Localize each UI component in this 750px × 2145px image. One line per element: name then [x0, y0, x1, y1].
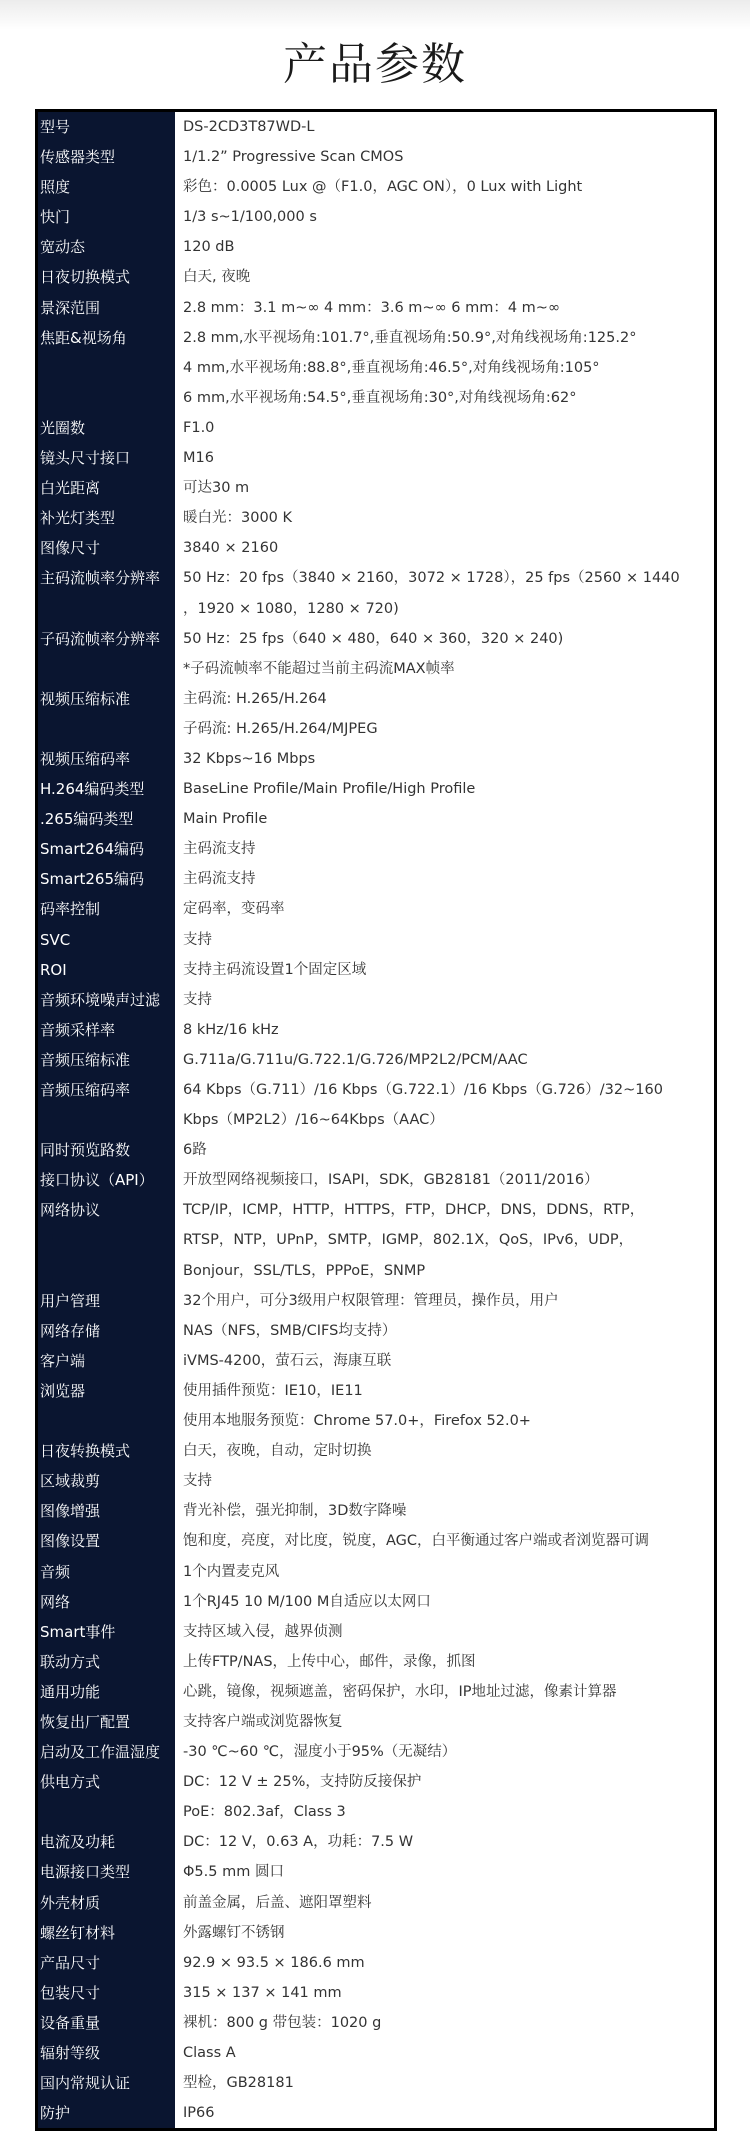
spec-row: 音频压缩标准G.711a/G.711u/G.722.1/G.726/MP2L2/…: [38, 1045, 714, 1075]
spec-row: 恢复出厂配置支持客户端或浏览器恢复: [38, 1707, 714, 1737]
spec-label: 补光灯类型: [38, 503, 175, 533]
spec-label: 视频压缩码率: [38, 744, 175, 774]
spec-values: 型检，GB28181: [175, 2068, 714, 2098]
spec-label: 主码流帧率分辨率: [38, 563, 175, 623]
spec-values: 饱和度，亮度，对比度，锐度，AGC，白平衡通过客户端或者浏览器可调: [175, 1526, 714, 1556]
spec-label: 启动及工作温湿度: [38, 1737, 175, 1767]
spec-value-line: BaseLine Profile/Main Profile/High Profi…: [183, 774, 714, 804]
spec-values: NAS（NFS，SMB/CIFS均支持）: [175, 1316, 714, 1346]
spec-row: 音频压缩码率64 Kbps（G.711）/16 Kbps（G.722.1）/16…: [38, 1075, 714, 1135]
spec-values: 92.9 × 93.5 × 186.6 mm: [175, 1948, 714, 1978]
spec-value-line: 心跳，镜像，视频遮盖，密码保护，水印，IP地址过滤，像素计算器: [183, 1677, 714, 1707]
spec-value-line: Bonjour，SSL/TLS，PPPoE，SNMP: [183, 1256, 714, 1286]
spec-values: 可达30 m: [175, 473, 714, 503]
spec-values: 定码率，变码率: [175, 894, 714, 924]
spec-label-text: 焦距&视场角: [40, 323, 175, 353]
spec-values: 背光补偿，强光抑制，3D数字降噪: [175, 1496, 714, 1526]
spec-label-text: 浏览器: [40, 1376, 175, 1406]
spec-row: 同时预览路数6路: [38, 1135, 714, 1165]
spec-label-text: 包装尺寸: [40, 1978, 175, 2008]
spec-value-line: 白天, 夜晚: [183, 262, 714, 292]
spec-value-line: 6路: [183, 1135, 714, 1165]
spec-row: Smart事件支持区域入侵，越界侦测: [38, 1617, 714, 1647]
spec-label-text: 宽动态: [40, 232, 175, 262]
spec-value-line: M16: [183, 443, 714, 473]
spec-values: 50 Hz：25 fps（640 × 480，640 × 360，320 × 2…: [175, 624, 714, 684]
spec-row: 电流及功耗DC：12 V，0.63 A，功耗：7.5 W: [38, 1827, 714, 1857]
spec-values: 3840 × 2160: [175, 533, 714, 563]
spec-label-text: 网络存储: [40, 1316, 175, 1346]
spec-values: 8 kHz/16 kHz: [175, 1015, 714, 1045]
spec-value-line: 主码流支持: [183, 864, 714, 894]
spec-value-line: TCP/IP，ICMP，HTTP，HTTPS，FTP，DHCP，DNS，DDNS…: [183, 1195, 714, 1225]
spec-label-text: .265编码类型: [40, 804, 175, 834]
spec-row: .265编码类型Main Profile: [38, 804, 714, 834]
spec-value-line: 2.8 mm,水平视场角:101.7°,垂直视场角:50.9°,对角线视场角:1…: [183, 323, 714, 353]
spec-row: 型号DS-2CD3T87WD-L: [38, 112, 714, 142]
spec-label: 图像尺寸: [38, 533, 175, 563]
spec-label: 快门: [38, 202, 175, 232]
spec-label-text: 图像增强: [40, 1496, 175, 1526]
spec-row: 音频采样率8 kHz/16 kHz: [38, 1015, 714, 1045]
spec-label-text: SVC: [40, 925, 175, 955]
spec-label: 图像增强: [38, 1496, 175, 1526]
spec-label: 联动方式: [38, 1647, 175, 1677]
spec-label: 供电方式: [38, 1767, 175, 1827]
spec-row: 图像设置饱和度，亮度，对比度，锐度，AGC，白平衡通过客户端或者浏览器可调: [38, 1526, 714, 1556]
spec-row: 主码流帧率分辨率50 Hz：20 fps（3840 × 2160，3072 × …: [38, 563, 714, 623]
spec-row: 外壳材质前盖金属，后盖、遮阳罩塑料: [38, 1888, 714, 1918]
spec-label: Smart265编码: [38, 864, 175, 894]
spec-label-text: 启动及工作温湿度: [40, 1737, 175, 1767]
spec-value-line: -30 ℃~60 ℃，湿度小于95%（无凝结）: [183, 1737, 714, 1767]
spec-values: 外露螺钉不锈钢: [175, 1918, 714, 1948]
spec-row: 子码流帧率分辨率50 Hz：25 fps（640 × 480，640 × 360…: [38, 624, 714, 684]
spec-label: 音频压缩标准: [38, 1045, 175, 1075]
spec-value-line: 彩色：0.0005 Lux @（F1.0，AGC ON），0 Lux with …: [183, 172, 714, 202]
spec-row: 联动方式上传FTP/NAS，上传中心，邮件，录像，抓图: [38, 1647, 714, 1677]
spec-values: 支持: [175, 925, 714, 955]
spec-value-line: RTSP，NTP，UPnP，SMTP，IGMP，802.1X，QoS，IPv6，…: [183, 1225, 714, 1255]
spec-row: 区域裁剪支持: [38, 1466, 714, 1496]
spec-row: 日夜转换模式白天，夜晚，自动，定时切换: [38, 1436, 714, 1466]
spec-value-line: 64 Kbps（G.711）/16 Kbps（G.722.1）/16 Kbps（…: [183, 1075, 714, 1105]
spec-label-text: 螺丝钉材料: [40, 1918, 175, 1948]
spec-values: 暖白光：3000 K: [175, 503, 714, 533]
spec-label-text: 通用功能: [40, 1677, 175, 1707]
spec-value-line: 3840 × 2160: [183, 533, 714, 563]
spec-values: 1/1.2” Progressive Scan CMOS: [175, 142, 714, 172]
spec-label: 用户管理: [38, 1286, 175, 1316]
spec-label-text: 防护: [40, 2098, 175, 2128]
spec-values: 使用插件预览：IE10，IE11使用本地服务预览：Chrome 57.0+，Fi…: [175, 1376, 714, 1436]
spec-values: Φ5.5 mm 圆口: [175, 1857, 714, 1887]
spec-values: 6路: [175, 1135, 714, 1165]
spec-label-text: 接口协议（API）: [40, 1165, 175, 1195]
spec-value-line: NAS（NFS，SMB/CIFS均支持）: [183, 1316, 714, 1346]
spec-label-text: 传感器类型: [40, 142, 175, 172]
spec-value-line: 1个RJ45 10 M/100 M自适应以太网口: [183, 1587, 714, 1617]
spec-value-line: *子码流帧率不能超过当前主码流MAX帧率: [183, 654, 714, 684]
spec-label: 白光距离: [38, 473, 175, 503]
spec-row: 辐射等级Class A: [38, 2038, 714, 2068]
top-fade: [0, 0, 750, 30]
spec-row: 音频环境噪声过滤支持: [38, 985, 714, 1015]
spec-value-line: 支持: [183, 985, 714, 1015]
spec-row: 传感器类型1/1.2” Progressive Scan CMOS: [38, 142, 714, 172]
spec-label-text: 图像尺寸: [40, 533, 175, 563]
spec-label-text: ROI: [40, 955, 175, 985]
spec-label: 日夜转换模式: [38, 1436, 175, 1466]
spec-label: 国内常规认证: [38, 2068, 175, 2098]
spec-values: Main Profile: [175, 804, 714, 834]
spec-value-line: 50 Hz：20 fps（3840 × 2160，3072 × 1728），25…: [183, 563, 714, 593]
spec-value-line: 315 × 137 × 141 mm: [183, 1978, 714, 2008]
spec-row: 景深范围2.8 mm：3.1 m~∞ 4 mm：3.6 m~∞ 6 mm：4 m…: [38, 293, 714, 323]
spec-label: 焦距&视场角: [38, 323, 175, 413]
spec-values: 1/3 s~1/100,000 s: [175, 202, 714, 232]
spec-value-line: 1/3 s~1/100,000 s: [183, 202, 714, 232]
spec-values: 白天, 夜晚: [175, 262, 714, 292]
spec-values: 支持主码流设置1个固定区域: [175, 955, 714, 985]
spec-values: 白天，夜晚，自动，定时切换: [175, 1436, 714, 1466]
spec-value-line: 1个内置麦克风: [183, 1557, 714, 1587]
spec-value-line: 饱和度，亮度，对比度，锐度，AGC，白平衡通过客户端或者浏览器可调: [183, 1526, 714, 1556]
spec-row: 网络存储NAS（NFS，SMB/CIFS均支持）: [38, 1316, 714, 1346]
spec-label: SVC: [38, 925, 175, 955]
spec-values: DS-2CD3T87WD-L: [175, 112, 714, 142]
spec-label: 型号: [38, 112, 175, 142]
spec-value-line: 背光补偿，强光抑制，3D数字降噪: [183, 1496, 714, 1526]
spec-row: 包装尺寸315 × 137 × 141 mm: [38, 1978, 714, 2008]
spec-values: 1个RJ45 10 M/100 M自适应以太网口: [175, 1587, 714, 1617]
spec-label: 网络协议: [38, 1195, 175, 1285]
spec-row: 防护IP66: [38, 2098, 714, 2128]
spec-values: iVMS-4200，萤石云，海康互联: [175, 1346, 714, 1376]
spec-value-line: 开放型网络视频接口，ISAPI，SDK，GB28181（2011/2016）: [183, 1165, 714, 1195]
spec-values: 2.8 mm,水平视场角:101.7°,垂直视场角:50.9°,对角线视场角:1…: [175, 323, 714, 413]
spec-values: TCP/IP，ICMP，HTTP，HTTPS，FTP，DHCP，DNS，DDNS…: [175, 1195, 714, 1285]
spec-label: 网络: [38, 1587, 175, 1617]
spec-label: 区域裁剪: [38, 1466, 175, 1496]
spec-values: 50 Hz：20 fps（3840 × 2160，3072 × 1728），25…: [175, 563, 714, 623]
spec-values: F1.0: [175, 413, 714, 443]
spec-value-line: Class A: [183, 2038, 714, 2068]
spec-value-line: Φ5.5 mm 圆口: [183, 1857, 714, 1887]
spec-row: 螺丝钉材料外露螺钉不锈钢: [38, 1918, 714, 1948]
spec-label: ROI: [38, 955, 175, 985]
spec-label-text: 镜头尺寸接口: [40, 443, 175, 473]
spec-row: 供电方式DC：12 V ± 25%，支持防反接保护PoE：802.3af，Cla…: [38, 1767, 714, 1827]
spec-label-text: 日夜切换模式: [40, 262, 175, 292]
spec-value-line: 32个用户，可分3级用户权限管理：管理员，操作员，用户: [183, 1286, 714, 1316]
spec-values: 32 Kbps~16 Mbps: [175, 744, 714, 774]
spec-value-line: 6 mm,水平视场角:54.5°,垂直视场角:30°,对角线视场角:62°: [183, 383, 714, 413]
spec-values: 64 Kbps（G.711）/16 Kbps（G.722.1）/16 Kbps（…: [175, 1075, 714, 1135]
spec-label-text: 子码流帧率分辨率: [40, 624, 175, 654]
spec-values: BaseLine Profile/Main Profile/High Profi…: [175, 774, 714, 804]
spec-row: 网络1个RJ45 10 M/100 M自适应以太网口: [38, 1587, 714, 1617]
spec-table: 型号DS-2CD3T87WD-L传感器类型1/1.2” Progressive …: [35, 109, 717, 2131]
spec-label-text: 光圈数: [40, 413, 175, 443]
spec-value-line: Kbps（MP2L2）/16~64Kbps（AAC）: [183, 1105, 714, 1135]
spec-label-text: Smart事件: [40, 1617, 175, 1647]
spec-values: M16: [175, 443, 714, 473]
spec-value-line: PoE：802.3af，Class 3: [183, 1797, 714, 1827]
spec-row: 网络协议TCP/IP，ICMP，HTTP，HTTPS，FTP，DHCP，DNS，…: [38, 1195, 714, 1285]
spec-label: 照度: [38, 172, 175, 202]
spec-label: 产品尺寸: [38, 1948, 175, 1978]
spec-row: 图像增强背光补偿，强光抑制，3D数字降噪: [38, 1496, 714, 1526]
spec-rows: 型号DS-2CD3T87WD-L传感器类型1/1.2” Progressive …: [38, 112, 714, 2128]
spec-row: 白光距离可达30 m: [38, 473, 714, 503]
spec-value-line: 型检，GB28181: [183, 2068, 714, 2098]
spec-values: 上传FTP/NAS，上传中心，邮件，录像，抓图: [175, 1647, 714, 1677]
spec-value-line: F1.0: [183, 413, 714, 443]
spec-label: 客户端: [38, 1346, 175, 1376]
spec-label-text: 补光灯类型: [40, 503, 175, 533]
spec-label: 螺丝钉材料: [38, 1918, 175, 1948]
spec-value-line: 支持: [183, 1466, 714, 1496]
spec-row: 码率控制定码率，变码率: [38, 894, 714, 924]
spec-row: SVC支持: [38, 925, 714, 955]
spec-value-line: 白天，夜晚，自动，定时切换: [183, 1436, 714, 1466]
spec-label: 日夜切换模式: [38, 262, 175, 292]
spec-row: 设备重量裸机：800 g 带包装：1020 g: [38, 2008, 714, 2038]
spec-row: 用户管理32个用户，可分3级用户权限管理：管理员，操作员，用户: [38, 1286, 714, 1316]
spec-label: 设备重量: [38, 2008, 175, 2038]
spec-values: 裸机：800 g 带包装：1020 g: [175, 2008, 714, 2038]
spec-label: 电源接口类型: [38, 1857, 175, 1887]
spec-value-line: 4 mm,水平视场角:88.8°,垂直视场角:46.5°,对角线视场角:105°: [183, 353, 714, 383]
spec-label-text: 音频压缩码率: [40, 1075, 175, 1105]
spec-label-text: 音频: [40, 1557, 175, 1587]
spec-row: 宽动态120 dB: [38, 232, 714, 262]
spec-values: Class A: [175, 2038, 714, 2068]
spec-values: DC：12 V，0.63 A，功耗：7.5 W: [175, 1827, 714, 1857]
spec-label: 镜头尺寸接口: [38, 443, 175, 473]
spec-values: 开放型网络视频接口，ISAPI，SDK，GB28181（2011/2016）: [175, 1165, 714, 1195]
spec-value-line: 主码流支持: [183, 834, 714, 864]
spec-label: .265编码类型: [38, 804, 175, 834]
spec-value-line: ，1920 × 1080，1280 × 720): [183, 594, 714, 624]
spec-row: 浏览器使用插件预览：IE10，IE11使用本地服务预览：Chrome 57.0+…: [38, 1376, 714, 1436]
spec-value-line: DC：12 V，0.63 A，功耗：7.5 W: [183, 1827, 714, 1857]
spec-values: DC：12 V ± 25%，支持防反接保护PoE：802.3af，Class 3: [175, 1767, 714, 1827]
spec-value-line: 92.9 × 93.5 × 186.6 mm: [183, 1948, 714, 1978]
spec-value-line: 使用插件预览：IE10，IE11: [183, 1376, 714, 1406]
spec-value-line: 2.8 mm：3.1 m~∞ 4 mm：3.6 m~∞ 6 mm：4 m~∞: [183, 293, 714, 323]
spec-label: 光圈数: [38, 413, 175, 443]
spec-values: 1个内置麦克风: [175, 1557, 714, 1587]
spec-label: 通用功能: [38, 1677, 175, 1707]
spec-value-line: 可达30 m: [183, 473, 714, 503]
spec-row: 补光灯类型暖白光：3000 K: [38, 503, 714, 533]
spec-label: 恢复出厂配置: [38, 1707, 175, 1737]
spec-values: 支持区域入侵，越界侦测: [175, 1617, 714, 1647]
spec-value-line: 使用本地服务预览：Chrome 57.0+，Firefox 52.0+: [183, 1406, 714, 1436]
spec-value-line: 子码流: H.265/H.264/MJPEG: [183, 714, 714, 744]
spec-value-line: 外露螺钉不锈钢: [183, 1918, 714, 1948]
spec-row: H.264编码类型BaseLine Profile/Main Profile/H…: [38, 774, 714, 804]
spec-label: 音频环境噪声过滤: [38, 985, 175, 1015]
spec-label-text: 辐射等级: [40, 2038, 175, 2068]
spec-value-line: 前盖金属，后盖、遮阳罩塑料: [183, 1888, 714, 1918]
spec-values: 32个用户，可分3级用户权限管理：管理员，操作员，用户: [175, 1286, 714, 1316]
spec-row: Smart264编码主码流支持: [38, 834, 714, 864]
spec-label-text: 网络: [40, 1587, 175, 1617]
spec-value-line: 暖白光：3000 K: [183, 503, 714, 533]
spec-value-line: 50 Hz：25 fps（640 × 480，640 × 360，320 × 2…: [183, 624, 714, 654]
spec-values: 主码流支持: [175, 864, 714, 894]
spec-label-text: Smart265编码: [40, 864, 175, 894]
spec-label: 辐射等级: [38, 2038, 175, 2068]
spec-label-text: 供电方式: [40, 1767, 175, 1797]
spec-label-text: 区域裁剪: [40, 1466, 175, 1496]
spec-value-line: 8 kHz/16 kHz: [183, 1015, 714, 1045]
spec-value-line: 32 Kbps~16 Mbps: [183, 744, 714, 774]
spec-label: 视频压缩标准: [38, 684, 175, 744]
spec-value-line: 上传FTP/NAS，上传中心，邮件，录像，抓图: [183, 1647, 714, 1677]
spec-label-text: 联动方式: [40, 1647, 175, 1677]
spec-label-text: 视频压缩标准: [40, 684, 175, 714]
spec-label-text: 音频环境噪声过滤: [40, 985, 175, 1015]
spec-label: 外壳材质: [38, 1888, 175, 1918]
spec-row: 光圈数F1.0: [38, 413, 714, 443]
spec-row: 产品尺寸92.9 × 93.5 × 186.6 mm: [38, 1948, 714, 1978]
spec-row: 快门1/3 s~1/100,000 s: [38, 202, 714, 232]
spec-values: 前盖金属，后盖、遮阳罩塑料: [175, 1888, 714, 1918]
spec-label-text: 电流及功耗: [40, 1827, 175, 1857]
spec-label-text: 网络协议: [40, 1195, 175, 1225]
spec-label-text: 音频压缩标准: [40, 1045, 175, 1075]
spec-values: 主码流: H.265/H.264子码流: H.265/H.264/MJPEG: [175, 684, 714, 744]
spec-value-line: 支持区域入侵，越界侦测: [183, 1617, 714, 1647]
spec-row: 启动及工作温湿度-30 ℃~60 ℃，湿度小于95%（无凝结）: [38, 1737, 714, 1767]
spec-value-line: DS-2CD3T87WD-L: [183, 112, 714, 142]
spec-value-line: 支持: [183, 925, 714, 955]
spec-values: 主码流支持: [175, 834, 714, 864]
spec-label-text: 设备重量: [40, 2008, 175, 2038]
spec-row: 镜头尺寸接口M16: [38, 443, 714, 473]
spec-value-line: 主码流: H.265/H.264: [183, 684, 714, 714]
spec-label: 电流及功耗: [38, 1827, 175, 1857]
spec-label: 景深范围: [38, 293, 175, 323]
spec-value-line: iVMS-4200，萤石云，海康互联: [183, 1346, 714, 1376]
spec-label-text: 照度: [40, 172, 175, 202]
spec-label-text: 景深范围: [40, 293, 175, 323]
spec-value-line: 支持主码流设置1个固定区域: [183, 955, 714, 985]
spec-row: Smart265编码主码流支持: [38, 864, 714, 894]
spec-row: 客户端iVMS-4200，萤石云，海康互联: [38, 1346, 714, 1376]
spec-label: 同时预览路数: [38, 1135, 175, 1165]
spec-label: 音频: [38, 1557, 175, 1587]
spec-value-line: 120 dB: [183, 232, 714, 262]
spec-row: 接口协议（API）开放型网络视频接口，ISAPI，SDK，GB28181（201…: [38, 1165, 714, 1195]
spec-label-text: 型号: [40, 112, 175, 142]
spec-row: ROI支持主码流设置1个固定区域: [38, 955, 714, 985]
spec-row: 视频压缩标准主码流: H.265/H.264子码流: H.265/H.264/M…: [38, 684, 714, 744]
spec-value-line: 支持客户端或浏览器恢复: [183, 1707, 714, 1737]
spec-label-text: 外壳材质: [40, 1888, 175, 1918]
spec-label-text: 主码流帧率分辨率: [40, 563, 175, 593]
spec-label: 宽动态: [38, 232, 175, 262]
spec-values: 心跳，镜像，视频遮盖，密码保护，水印，IP地址过滤，像素计算器: [175, 1677, 714, 1707]
spec-label: Smart264编码: [38, 834, 175, 864]
spec-row: 焦距&视场角2.8 mm,水平视场角:101.7°,垂直视场角:50.9°,对角…: [38, 323, 714, 413]
spec-label: 浏览器: [38, 1376, 175, 1436]
spec-label: 子码流帧率分辨率: [38, 624, 175, 684]
spec-value-line: 1/1.2” Progressive Scan CMOS: [183, 142, 714, 172]
spec-label-text: 快门: [40, 202, 175, 232]
spec-value-line: 裸机：800 g 带包装：1020 g: [183, 2008, 714, 2038]
page-title: 产品参数: [0, 28, 750, 92]
spec-label: Smart事件: [38, 1617, 175, 1647]
spec-label-text: 同时预览路数: [40, 1135, 175, 1165]
spec-values: 2.8 mm：3.1 m~∞ 4 mm：3.6 m~∞ 6 mm：4 m~∞: [175, 293, 714, 323]
spec-label-text: 产品尺寸: [40, 1948, 175, 1978]
spec-row: 电源接口类型Φ5.5 mm 圆口: [38, 1857, 714, 1887]
spec-value-line: G.711a/G.711u/G.722.1/G.726/MP2L2/PCM/AA…: [183, 1045, 714, 1075]
spec-label-text: Smart264编码: [40, 834, 175, 864]
spec-label-text: H.264编码类型: [40, 774, 175, 804]
spec-values: 315 × 137 × 141 mm: [175, 1978, 714, 2008]
spec-values: 彩色：0.0005 Lux @（F1.0，AGC ON），0 Lux with …: [175, 172, 714, 202]
spec-label-text: 音频采样率: [40, 1015, 175, 1045]
spec-label: H.264编码类型: [38, 774, 175, 804]
spec-label: 接口协议（API）: [38, 1165, 175, 1195]
spec-value-line: 定码率，变码率: [183, 894, 714, 924]
spec-row: 国内常规认证型检，GB28181: [38, 2068, 714, 2098]
spec-value-line: IP66: [183, 2098, 714, 2128]
spec-values: 支持客户端或浏览器恢复: [175, 1707, 714, 1737]
spec-row: 图像尺寸3840 × 2160: [38, 533, 714, 563]
spec-value-line: DC：12 V ± 25%，支持防反接保护: [183, 1767, 714, 1797]
spec-label-text: 码率控制: [40, 894, 175, 924]
spec-label-text: 电源接口类型: [40, 1857, 175, 1887]
spec-label-text: 用户管理: [40, 1286, 175, 1316]
spec-label: 音频采样率: [38, 1015, 175, 1045]
spec-values: -30 ℃~60 ℃，湿度小于95%（无凝结）: [175, 1737, 714, 1767]
spec-label: 音频压缩码率: [38, 1075, 175, 1135]
spec-label: 传感器类型: [38, 142, 175, 172]
spec-row: 照度彩色：0.0005 Lux @（F1.0，AGC ON），0 Lux wit…: [38, 172, 714, 202]
spec-label-text: 图像设置: [40, 1526, 175, 1556]
spec-values: 120 dB: [175, 232, 714, 262]
spec-label-text: 客户端: [40, 1346, 175, 1376]
spec-values: G.711a/G.711u/G.722.1/G.726/MP2L2/PCM/AA…: [175, 1045, 714, 1075]
spec-row: 通用功能心跳，镜像，视频遮盖，密码保护，水印，IP地址过滤，像素计算器: [38, 1677, 714, 1707]
spec-label: 防护: [38, 2098, 175, 2128]
spec-label-text: 白光距离: [40, 473, 175, 503]
spec-values: IP66: [175, 2098, 714, 2128]
spec-label-text: 日夜转换模式: [40, 1436, 175, 1466]
spec-values: 支持: [175, 1466, 714, 1496]
spec-values: 支持: [175, 985, 714, 1015]
spec-label-text: 视频压缩码率: [40, 744, 175, 774]
spec-value-line: Main Profile: [183, 804, 714, 834]
spec-label-text: 恢复出厂配置: [40, 1707, 175, 1737]
spec-row: 音频1个内置麦克风: [38, 1557, 714, 1587]
spec-label-text: 国内常规认证: [40, 2068, 175, 2098]
spec-label: 包装尺寸: [38, 1978, 175, 2008]
spec-row: 日夜切换模式白天, 夜晚: [38, 262, 714, 292]
spec-label: 网络存储: [38, 1316, 175, 1346]
spec-label: 图像设置: [38, 1526, 175, 1556]
spec-label: 码率控制: [38, 894, 175, 924]
spec-row: 视频压缩码率32 Kbps~16 Mbps: [38, 744, 714, 774]
